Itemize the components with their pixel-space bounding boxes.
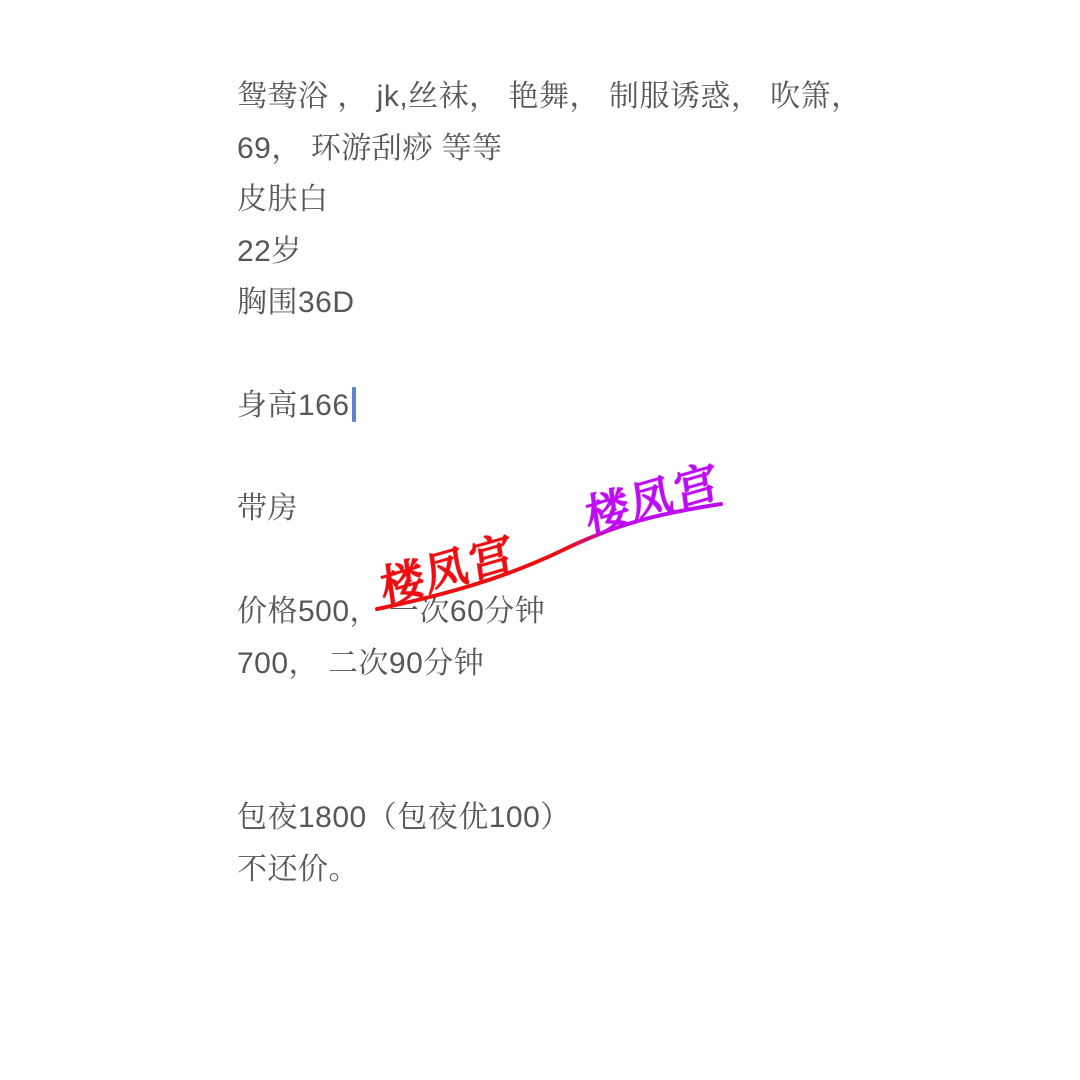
text-line-room: 带房 xyxy=(237,483,967,535)
text-line-skin: 皮肤白 xyxy=(237,174,967,226)
text-line-services-2: 69， 环游刮痧 等等 xyxy=(237,123,967,175)
height-text: 身高166 xyxy=(237,389,350,422)
note-page: 鸳鸯浴 ， jk,丝袜， 艳舞， 制服诱惑， 吹箫， 69， 环游刮痧 等等 皮… xyxy=(0,0,1080,1080)
text-line-overnight: 包夜1800（包夜优100） xyxy=(237,792,967,844)
note-text-area[interactable]: 鸳鸯浴 ， jk,丝袜， 艳舞， 制服诱惑， 吹箫， 69， 环游刮痧 等等 皮… xyxy=(237,71,967,895)
text-caret xyxy=(352,387,356,422)
blank-line xyxy=(237,535,967,587)
blank-line xyxy=(237,741,967,793)
text-line-price-2: 700， 二次90分钟 xyxy=(237,638,967,690)
blank-line xyxy=(237,329,967,381)
text-line-price-1: 价格500， 一次60分钟 xyxy=(237,586,967,638)
blank-line xyxy=(237,432,967,484)
blank-line xyxy=(237,689,967,741)
text-line-bust: 胸围36D xyxy=(237,277,967,329)
text-line-services-1: 鸳鸯浴 ， jk,丝袜， 艳舞， 制服诱惑， 吹箫， xyxy=(237,71,967,123)
text-line-height: 身高166 xyxy=(237,380,967,432)
text-line-age: 22岁 xyxy=(237,226,967,278)
text-line-no-bargain: 不还价。 xyxy=(237,844,967,896)
